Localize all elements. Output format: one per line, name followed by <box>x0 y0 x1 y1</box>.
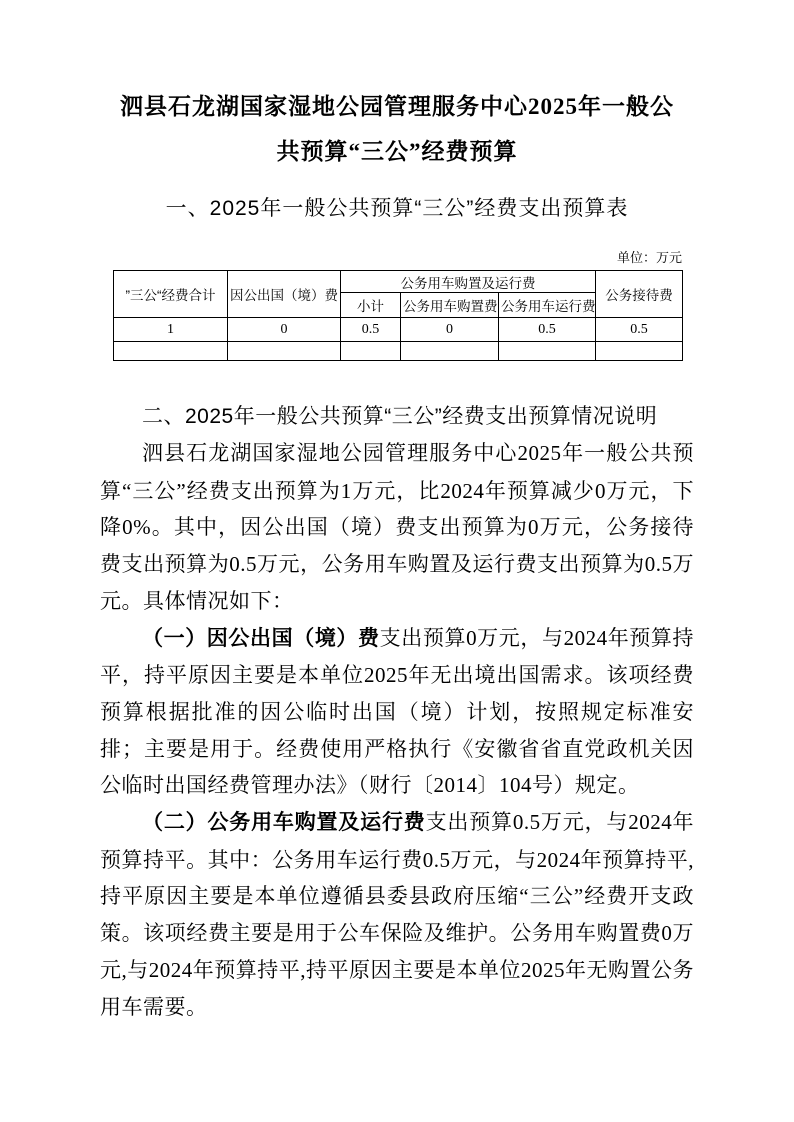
empty-cell <box>499 342 596 361</box>
table-unit-note: 单位：万元 <box>100 250 682 266</box>
paragraph-abroad-expense: （一）因公出国（境）费支出预算0万元，与2024年预算持平，持平原因主要是本单位… <box>100 620 694 805</box>
empty-cell <box>401 342 499 361</box>
empty-cell <box>596 342 683 361</box>
value-vehicle-subtotal: 0.5 <box>341 318 401 342</box>
sangong-budget-table: ”三公“经费合计 因公出国（境）费 公务用车购置及运行费 公务接待费 小计 公务… <box>113 270 683 361</box>
header-vehicle-group: 公务用车购置及运行费 <box>341 271 596 293</box>
header-total: ”三公“经费合计 <box>114 271 228 318</box>
paragraph-vehicle-expense-text: 支出预算0.5万元，与2024年预算持平。其中：公务用车运行费0.5万元，与20… <box>100 810 694 1019</box>
paragraph-vehicle-expense-lead: （二）公务用车购置及运行费 <box>142 811 426 834</box>
header-vehicle-operation: 公务用车运行费 <box>499 293 596 318</box>
paragraph-overview-text: 泗县石龙湖国家湿地公园管理服务中心2025年一般公共预算“三公”经费支出预算为1… <box>100 441 694 613</box>
value-abroad: 0 <box>228 318 341 342</box>
section-2-heading: 二、2025年一般公共预算“三公”经费支出预算情况说明 <box>100 398 694 435</box>
paragraph-abroad-expense-lead: （一）因公出国（境）费 <box>142 627 380 650</box>
header-abroad: 因公出国（境）费 <box>228 271 341 318</box>
paragraph-vehicle-expense: （二）公务用车购置及运行费支出预算0.5万元，与2024年预算持平。其中：公务用… <box>100 804 694 1025</box>
document-title-line-1: 泗县石龙湖国家湿地公园管理服务中心2025年一般公 <box>100 84 694 129</box>
empty-cell <box>228 342 341 361</box>
table-data-row: 1 0 0.5 0 0.5 0.5 <box>114 318 683 342</box>
document-content: 泗县石龙湖国家湿地公园管理服务中心2025年一般公 共预算“三公”经费预算 一、… <box>0 84 794 1025</box>
header-vehicle-purchase: 公务用车购置费 <box>401 293 499 318</box>
header-reception: 公务接待费 <box>596 271 683 318</box>
empty-cell <box>341 342 401 361</box>
header-vehicle-subtotal: 小计 <box>341 293 401 318</box>
section-1-heading: 一、2025年一般公共预算“三公”经费支出预算表 <box>100 194 694 224</box>
table-header-row-1: ”三公“经费合计 因公出国（境）费 公务用车购置及运行费 公务接待费 <box>114 271 683 293</box>
value-reception: 0.5 <box>596 318 683 342</box>
paragraph-overview: 泗县石龙湖国家湿地公园管理服务中心2025年一般公共预算“三公”经费支出预算为1… <box>100 435 694 620</box>
value-vehicle-operation: 0.5 <box>499 318 596 342</box>
document-page: 泗县石龙湖国家湿地公园管理服务中心2025年一般公 共预算“三公”经费预算 一、… <box>0 0 794 1122</box>
empty-cell <box>114 342 228 361</box>
value-vehicle-purchase: 0 <box>401 318 499 342</box>
document-title-line-2: 共预算“三公”经费预算 <box>100 129 694 174</box>
document-title: 泗县石龙湖国家湿地公园管理服务中心2025年一般公 共预算“三公”经费预算 <box>100 84 694 174</box>
paragraph-abroad-expense-text: 支出预算0万元，与2024年预算持平，持平原因主要是本单位2025年无出境出国需… <box>100 626 694 798</box>
value-total: 1 <box>114 318 228 342</box>
table-empty-row <box>114 342 683 361</box>
